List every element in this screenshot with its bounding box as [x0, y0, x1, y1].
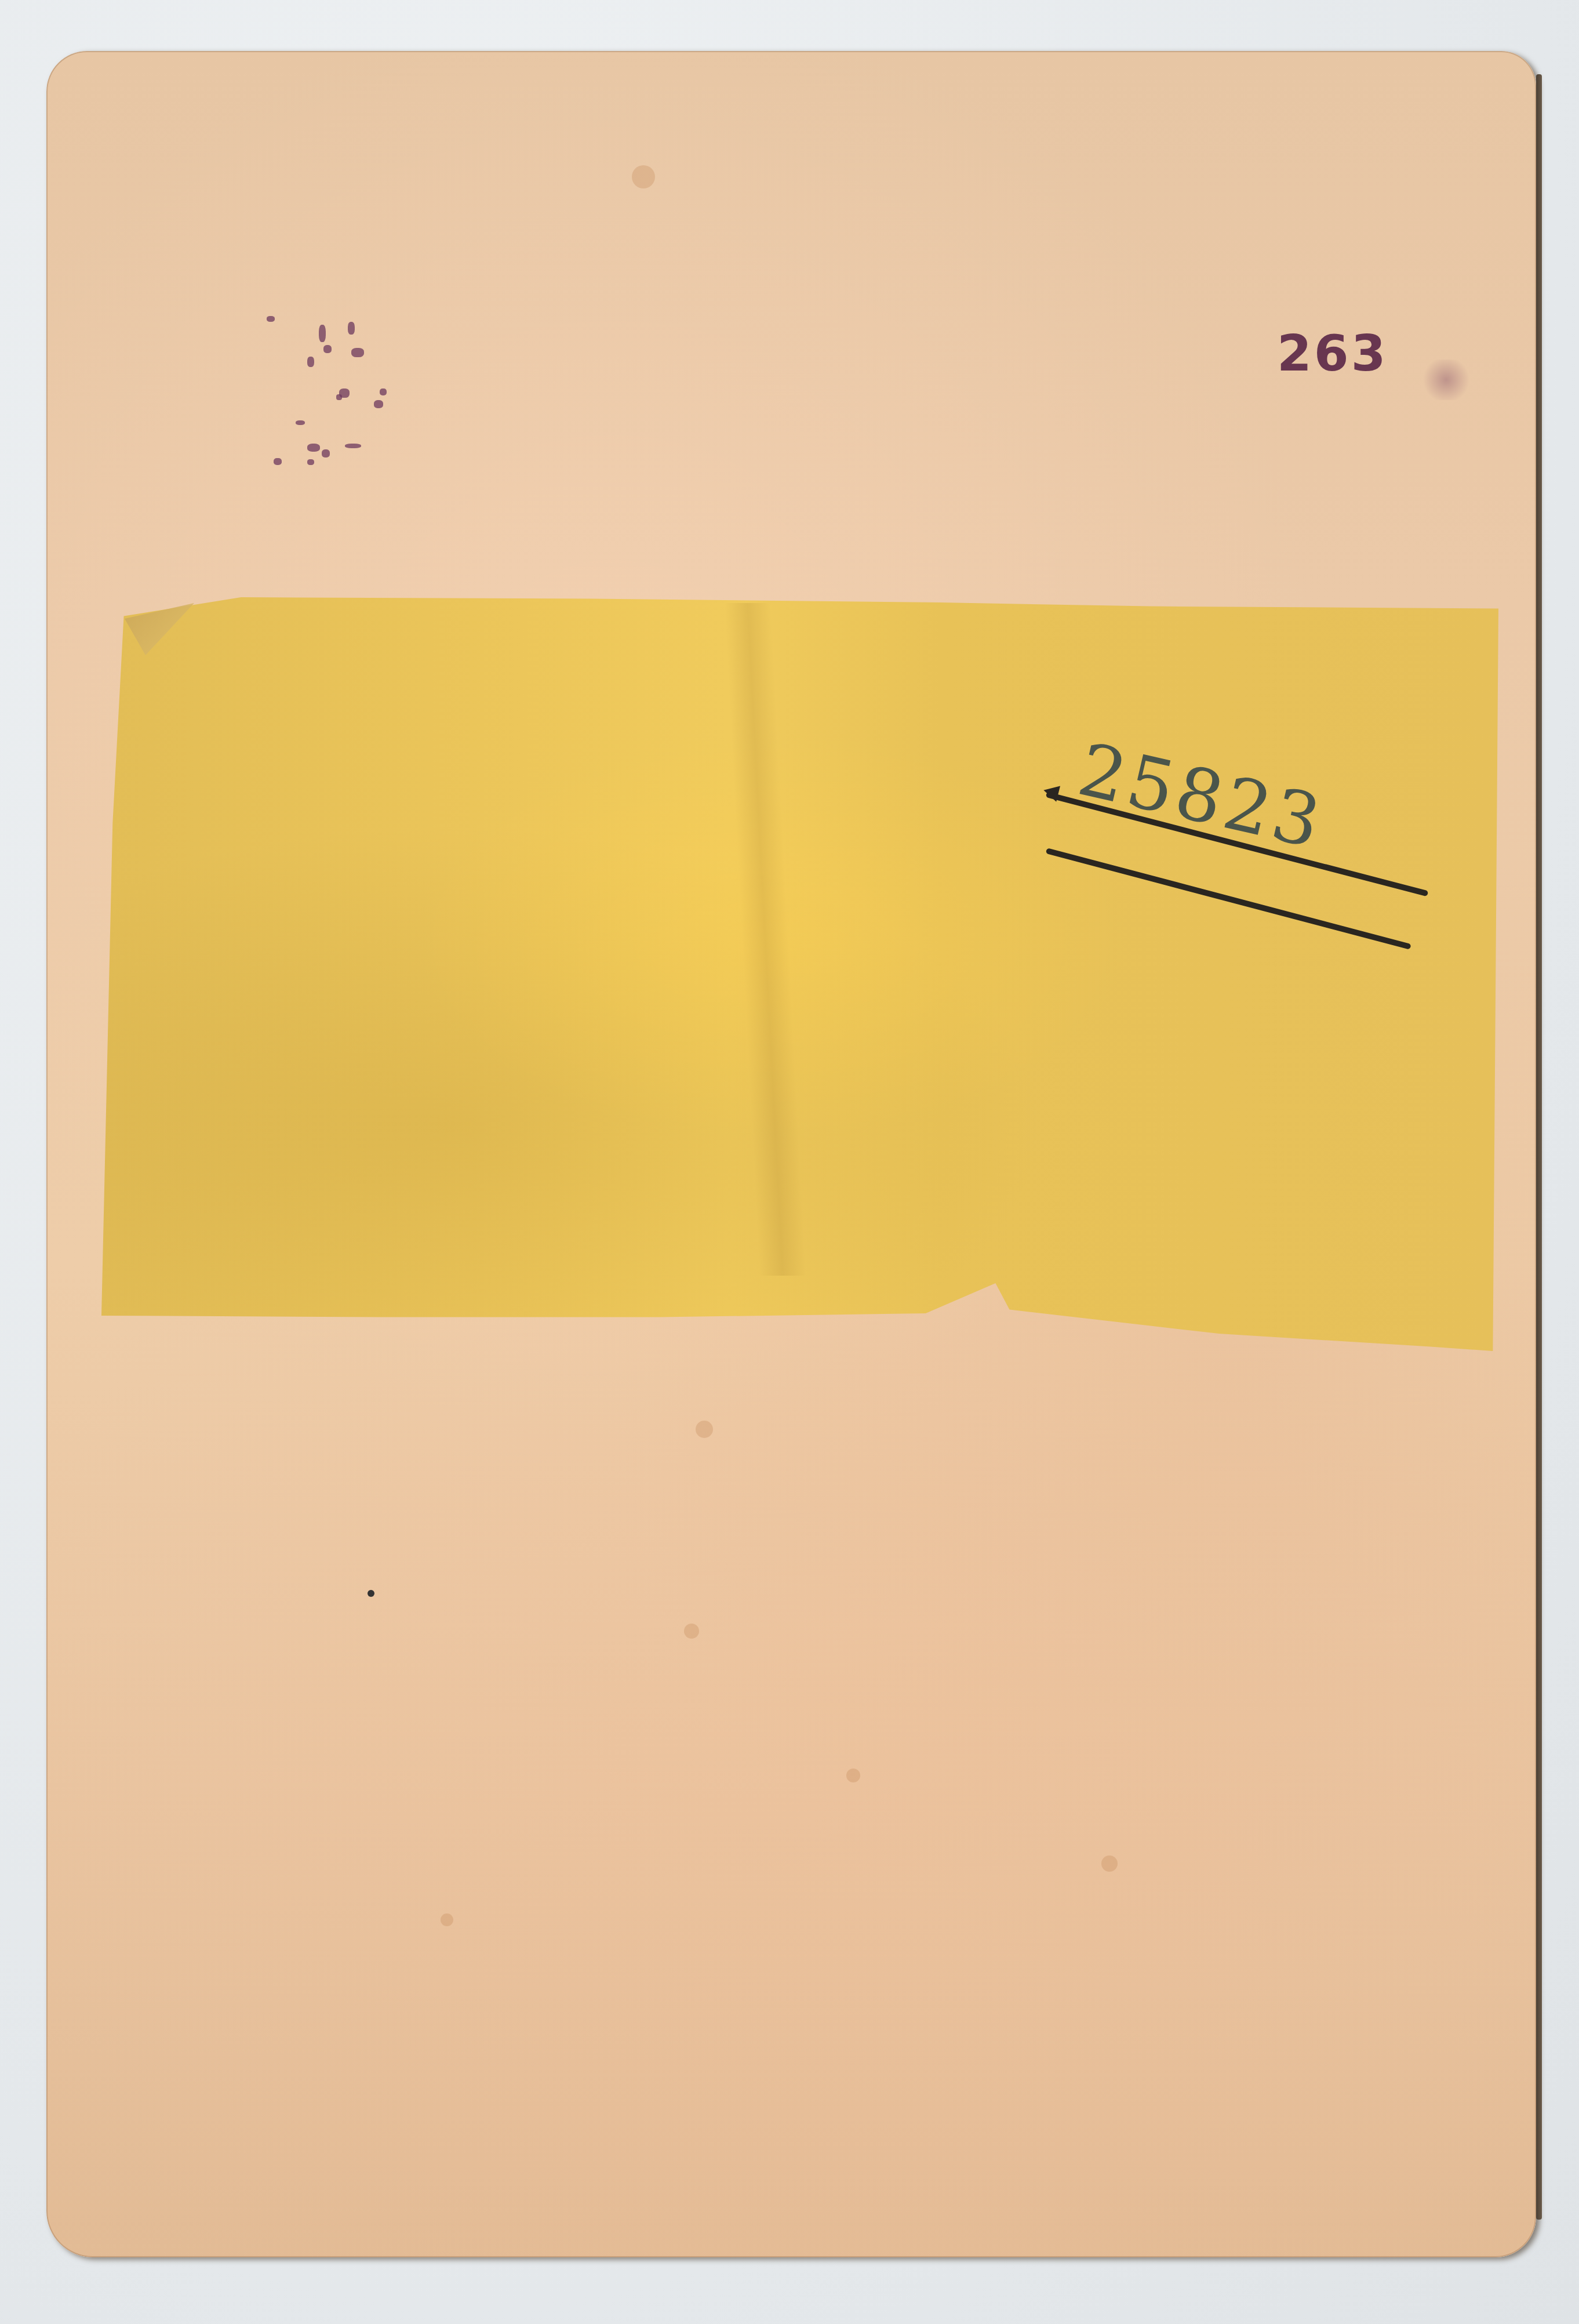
foxing-spot: [684, 1624, 699, 1639]
faded-stamp-mark: [249, 290, 388, 464]
ink-dot: [368, 1590, 374, 1597]
stamped-number: 263: [1277, 325, 1388, 383]
card-edge: [1536, 74, 1542, 2220]
foxing-spot: [696, 1421, 713, 1438]
ink-smudge: [1420, 360, 1472, 400]
foxing-spot: [1101, 1855, 1118, 1872]
foxing-spot: [846, 1769, 860, 1782]
foxing-spot: [441, 1913, 453, 1926]
foxing-spot: [632, 165, 655, 188]
